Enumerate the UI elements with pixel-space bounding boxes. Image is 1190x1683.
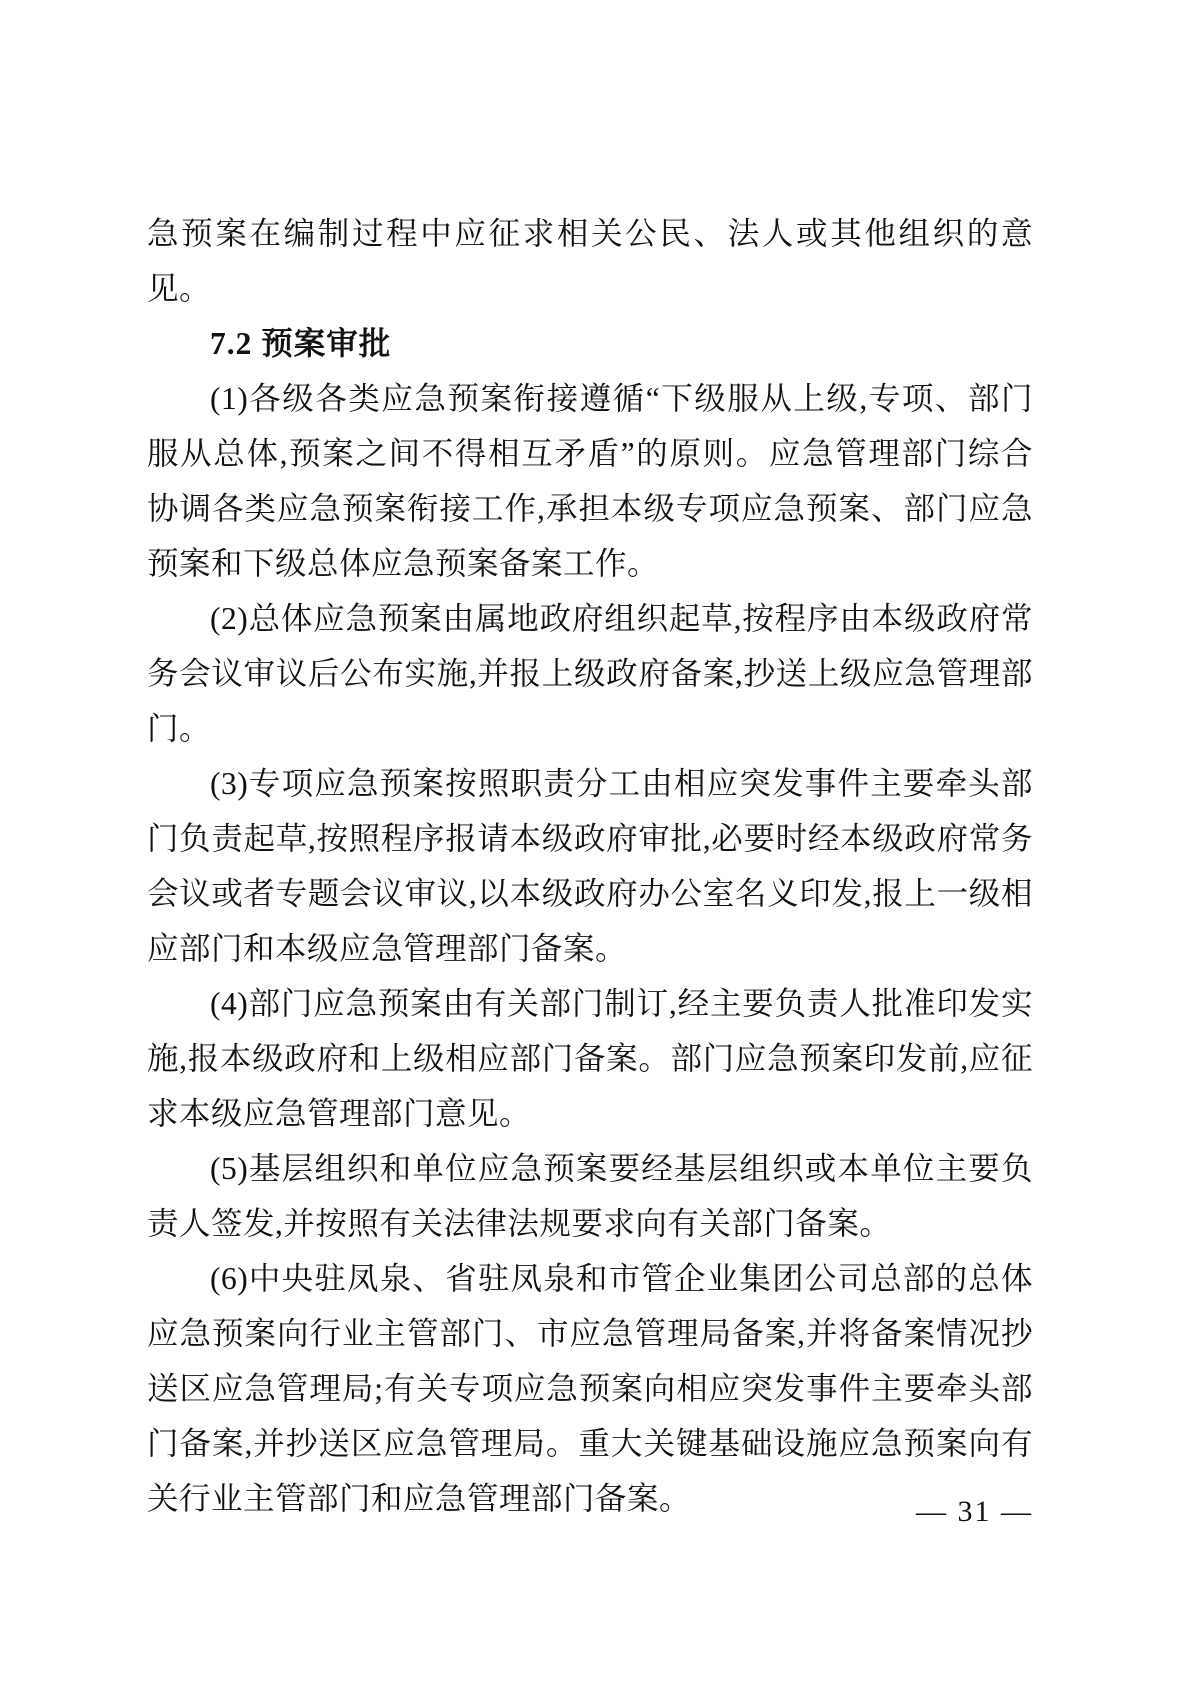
section-heading-7-2: 7.2 预案审批 — [147, 316, 1033, 371]
paragraph-item-4: (4)部门应急预案由有关部门制订,经主要负责人批准印发实施,报本级政府和上级相应… — [147, 976, 1033, 1141]
page-number: — 31 — — [147, 1494, 1033, 1530]
document-body: 急预案在编制过程中应征求相关公民、法人或其他组织的意见。 7.2 预案审批 (1… — [147, 206, 1033, 1526]
paragraph-item-2: (2)总体应急预案由属地政府组织起草,按程序由本级政府常务会议审议后公布实施,并… — [147, 591, 1033, 756]
paragraph-item-6: (6)中央驻凤泉、省驻凤泉和市管企业集团公司总部的总体应急预案向行业主管部门、市… — [147, 1251, 1033, 1526]
paragraph-item-5: (5)基层组织和单位应急预案要经基层组织或本单位主要负责人签发,并按照有关法律法… — [147, 1141, 1033, 1251]
paragraph-item-3: (3)专项应急预案按照职责分工由相应突发事件主要牵头部门负责起草,按照程序报请本… — [147, 756, 1033, 976]
paragraph-item-1: (1)各级各类应急预案衔接遵循“下级服从上级,专项、部门服从总体,预案之间不得相… — [147, 371, 1033, 591]
paragraph-continuation: 急预案在编制过程中应征求相关公民、法人或其他组织的意见。 — [147, 206, 1033, 316]
document-page: 急预案在编制过程中应征求相关公民、法人或其他组织的意见。 7.2 预案审批 (1… — [0, 0, 1190, 1683]
